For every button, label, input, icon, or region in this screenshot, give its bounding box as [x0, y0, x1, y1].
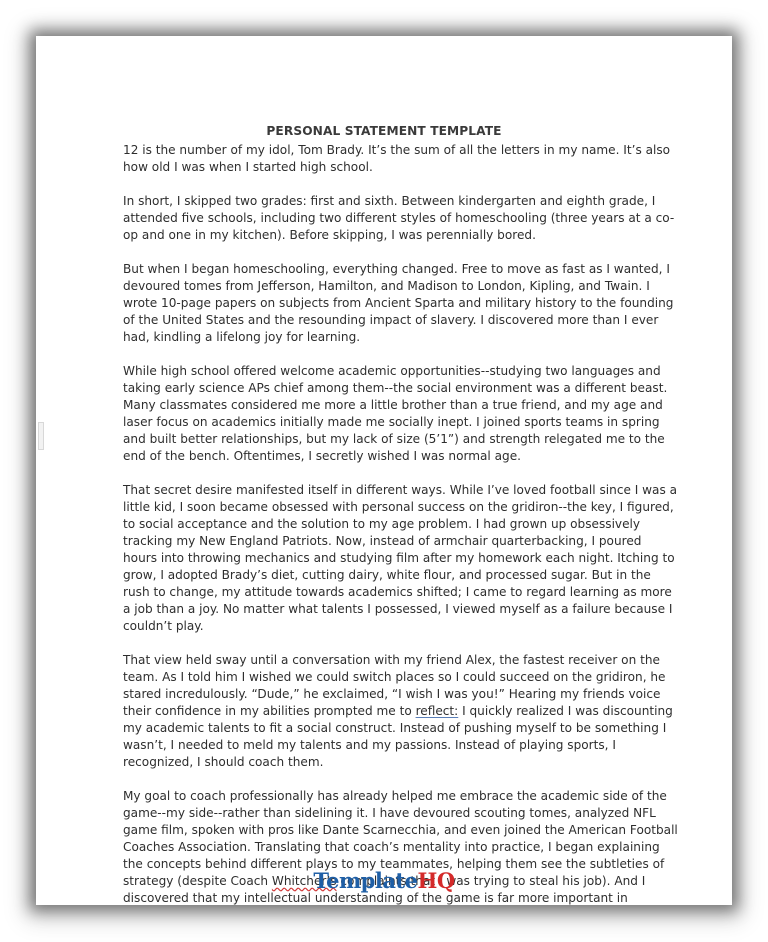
document-page: PERSONAL STATEMENT TEMPLATE 12 is the nu… — [36, 36, 732, 905]
text-segment: I quickly realized I was discounting — [458, 704, 673, 718]
text-line: laser focus on academics initially made … — [123, 414, 655, 431]
text-segment: their confidence in my abilities prompte… — [123, 704, 416, 718]
paragraph-2: In short, I skipped two grades: first an… — [123, 193, 655, 244]
paragraph-6: That view held sway until a conversation… — [123, 652, 655, 771]
text-line: their confidence in my abilities prompte… — [123, 703, 655, 720]
text-line: how old I was when I started high school… — [123, 159, 655, 176]
text-line: That secret desire manifested itself in … — [123, 482, 655, 499]
text-line: couldn’t play. — [123, 618, 655, 635]
text-line: of the United States and the resounding … — [123, 312, 655, 329]
page-edge-marker — [38, 422, 44, 450]
text-line: game film, spoken with pros like Dante S… — [123, 822, 655, 839]
text-line: In short, I skipped two grades: first an… — [123, 193, 655, 210]
text-line: a job than a joy. No matter what talents… — [123, 601, 655, 618]
text-line: grow, I adopted Brady’s diet, cutting da… — [123, 567, 655, 584]
text-line: had, kindling a lifelong joy for learnin… — [123, 329, 655, 346]
text-line: That view held sway until a conversation… — [123, 652, 655, 669]
text-line: Coaches Association. Translating that co… — [123, 839, 655, 856]
paragraph-1: 12 is the number of my idol, Tom Brady. … — [123, 142, 655, 176]
logo-part-template: Template — [313, 868, 417, 893]
text-line: attended five schools, including two dif… — [123, 210, 655, 227]
text-line: recognized, I should coach them. — [123, 754, 655, 771]
text-line: Many classmates considered me more a lit… — [123, 397, 655, 414]
text-line: wasn’t, I needed to meld my talents and … — [123, 737, 655, 754]
text-line: tracking my New England Patriots. Now, i… — [123, 533, 655, 550]
text-line: wrote 10-page papers on subjects from An… — [123, 295, 655, 312]
text-line: taking early science APs chief among the… — [123, 380, 655, 397]
text-line: stared incredulously. “Dude,” he exclaim… — [123, 686, 655, 703]
text-line: While high school offered welcome academ… — [123, 363, 655, 380]
text-line: My goal to coach professionally has alre… — [123, 788, 655, 805]
text-line: But when I began homeschooling, everythi… — [123, 261, 655, 278]
document-body: 12 is the number of my idol, Tom Brady. … — [123, 142, 655, 924]
text-line: 12 is the number of my idol, Tom Brady. … — [123, 142, 655, 159]
paragraph-3: But when I began homeschooling, everythi… — [123, 261, 655, 346]
templatehq-logo: TemplateHQ — [36, 868, 732, 893]
text-line: hours into throwing mechanics and studyi… — [123, 550, 655, 567]
text-line: to social acceptance and the solution to… — [123, 516, 655, 533]
text-line: little kid, I soon became obsessed with … — [123, 499, 655, 516]
text-line: devoured tomes from Jefferson, Hamilton,… — [123, 278, 655, 295]
text-line: end of the bench. Oftentimes, I secretly… — [123, 448, 655, 465]
paragraph-5: That secret desire manifested itself in … — [123, 482, 655, 635]
text-line: team. As I told him I wished we could sw… — [123, 669, 655, 686]
text-line: op and one in my kitchen). Before skippi… — [123, 227, 655, 244]
paragraph-4: While high school offered welcome academ… — [123, 363, 655, 465]
grammar-flagged-word[interactable]: reflect: — [416, 704, 459, 718]
text-line: rush to change, my attitude towards acad… — [123, 584, 655, 601]
document-title: PERSONAL STATEMENT TEMPLATE — [36, 124, 732, 138]
text-line: my academic talents to fit a social cons… — [123, 720, 655, 737]
logo-part-hq: HQ — [418, 868, 455, 893]
text-line: and built better relationships, but my l… — [123, 431, 655, 448]
text-line: game--my side--rather than sidelining it… — [123, 805, 655, 822]
